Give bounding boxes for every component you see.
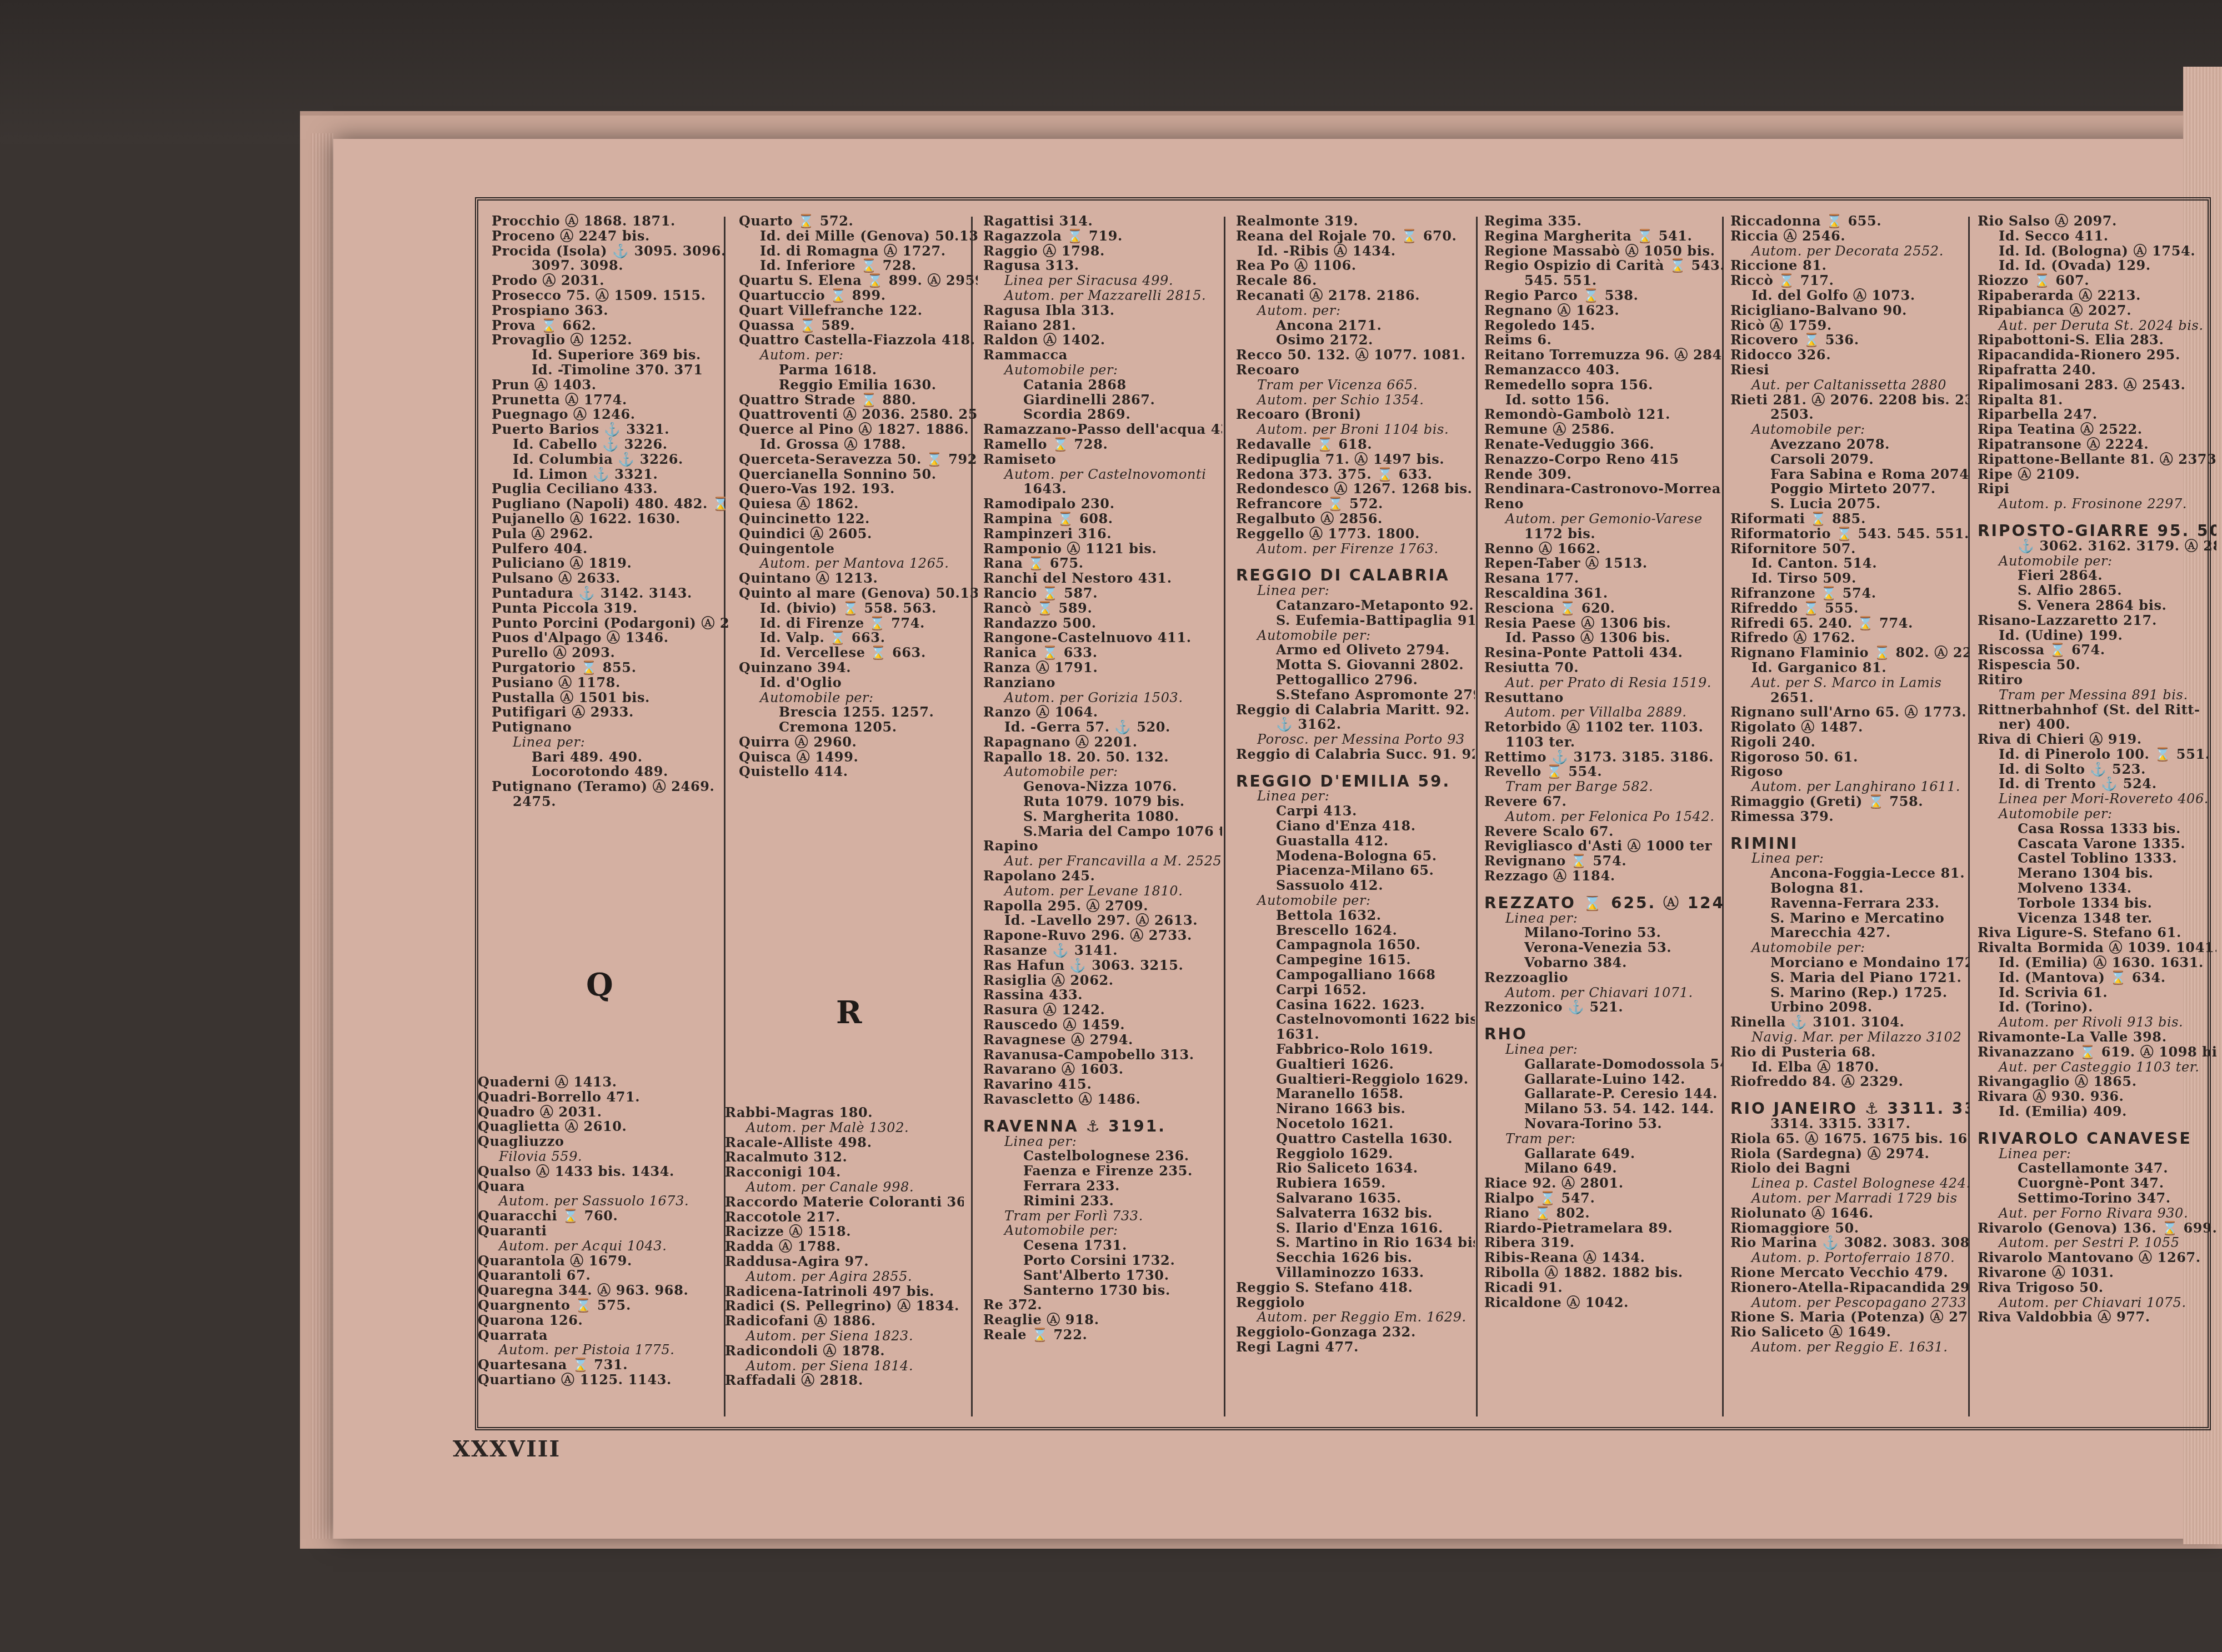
- index-entry: Rubiera 1659.: [1236, 1176, 1475, 1191]
- index-entry: Brescia 1255. 1257.: [739, 705, 978, 720]
- index-entry: Riva di Chieri Ⓐ 919.: [1978, 732, 2216, 747]
- index-entry: Autom. per Marradi 1729 bis: [1730, 1191, 1969, 1206]
- index-entry: Recoaro: [1236, 363, 1475, 378]
- index-entry: Pustalla Ⓐ 1501 bis.: [492, 690, 730, 705]
- index-entry: Gallarate 649.: [1484, 1147, 1723, 1162]
- index-entry: Prun Ⓐ 1403.: [492, 378, 730, 393]
- index-entry: Regio Ospizio di Carità ⌛ 543.: [1484, 258, 1723, 273]
- index-entry: Ripalta 81.: [1978, 393, 2216, 408]
- index-entry: Linea per:: [1484, 1042, 1723, 1057]
- index-entry: S. Lucia 2075.: [1730, 497, 1969, 512]
- index-entry: Catania 2868: [983, 378, 1222, 393]
- index-entry: Reggio di Calabria Succ. 91. 92: [1236, 747, 1475, 762]
- index-entry: Quattro Strade ⌛ 880.: [739, 393, 978, 408]
- index-entry: Renno Ⓐ 1662.: [1484, 542, 1723, 557]
- index-entry: Autom. per Reggio E. 1631.: [1730, 1340, 1969, 1355]
- index-entry: Puegnago Ⓐ 1246.: [492, 407, 730, 422]
- index-entry: Rionero-Atella-Ripacandida 295.: [1730, 1280, 1969, 1295]
- index-entry: Settimo-Torino 347.: [1978, 1191, 2216, 1206]
- index-entry: Autom. per Mazzarelli 2815.: [983, 288, 1222, 303]
- index-entry: Rezzoaglio: [1484, 970, 1723, 985]
- index-entry: Tram per Messina 891 bis.: [1978, 688, 2216, 703]
- index-entry: Salvarano 1635.: [1236, 1191, 1475, 1206]
- index-entry: Reims 6.: [1484, 333, 1723, 348]
- index-entry: 1631.: [1236, 1027, 1475, 1042]
- index-entry: Ripattone-Bellante 81. Ⓐ 2373.: [1978, 452, 2216, 467]
- index-entry: Putifigari Ⓐ 2933.: [492, 705, 730, 720]
- index-entry: Riccadonna ⌛ 655.: [1730, 214, 1969, 229]
- index-entry: Fara Sabina e Roma 2074.: [1730, 467, 1969, 482]
- index-entry: Remanzacco 403.: [1484, 363, 1723, 378]
- index-heading: RIVAROLO CANAVESE: [1978, 1132, 2216, 1147]
- index-entry: Risano-Lazzaretto 217.: [1978, 613, 2216, 628]
- index-entry: Rio Saliceto 1634.: [1236, 1161, 1475, 1176]
- index-entry: Id. -Gerra 57. ⚓ 520.: [983, 720, 1222, 735]
- index-entry: Quadro Ⓐ 2031.: [478, 1105, 717, 1120]
- index-entry: Bettola 1632.: [1236, 908, 1475, 923]
- index-entry: Rauscedo Ⓐ 1459.: [983, 1018, 1222, 1033]
- index-entry: Automobile per:: [739, 690, 978, 705]
- index-entry: Ranziano: [983, 675, 1222, 690]
- index-entry: Rignano sull'Arno 65. Ⓐ 1773.: [1730, 705, 1969, 720]
- index-entry: Molveno 1334.: [1978, 881, 2216, 896]
- index-entry: Pujanello Ⓐ 1622. 1630.: [492, 512, 730, 527]
- index-entry: Puglia Ceciliano 433.: [492, 482, 730, 497]
- index-entry: Resina-Ponte Pattoli 434.: [1484, 645, 1723, 660]
- index-entry: Rea Po Ⓐ 1106.: [1236, 258, 1475, 273]
- index-entry: Rivara Ⓐ 930. 936.: [1978, 1089, 2216, 1104]
- index-entry: Rispescia 50.: [1978, 658, 2216, 673]
- index-entry: Campegine 1615.: [1236, 953, 1475, 968]
- book-page-edge: [311, 133, 333, 1539]
- index-entry: Riccione 81.: [1730, 258, 1969, 273]
- index-entry: Id. Canton. 514.: [1730, 556, 1969, 571]
- index-entry: Id. di Pinerolo 100. ⌛ 551.: [1978, 747, 2216, 762]
- index-entry: Rio Salso Ⓐ 2097.: [1978, 214, 2216, 229]
- index-entry: Remedello sopra 156.: [1484, 378, 1723, 393]
- index-entry: Renate-Veduggio 366.: [1484, 437, 1723, 452]
- index-entry: Rigoli 240.: [1730, 735, 1969, 750]
- page-number: XXXVIII: [453, 1436, 560, 1462]
- index-entry: Linea per:: [1978, 1147, 2216, 1162]
- index-entry: Ramello ⌛ 728.: [983, 437, 1222, 452]
- index-entry: Puntadura ⚓ 3142. 3143.: [492, 586, 730, 601]
- index-entry: Purello Ⓐ 2093.: [492, 645, 730, 660]
- index-entry: 1103 ter.: [1484, 735, 1723, 750]
- index-heading: REGGIO DI CALABRIA: [1236, 568, 1475, 583]
- index-column-2: Quarto ⌛ 572.Id. dei Mille (Genova) 50.1…: [739, 214, 978, 779]
- index-entry: Riva Trigoso 50.: [1978, 1280, 2216, 1295]
- index-entry: Rinella ⚓ 3101. 3104.: [1730, 1015, 1969, 1030]
- index-entry: Autom. per Decorata 2552.: [1730, 244, 1969, 259]
- index-entry: Quingentole: [739, 542, 978, 557]
- index-entry: Ripi: [1978, 482, 2216, 497]
- index-entry: Milano-Torino 53.: [1484, 925, 1723, 940]
- index-entry: Quarrata: [478, 1328, 717, 1343]
- index-entry: Ripabianca Ⓐ 2027.: [1978, 303, 2216, 318]
- index-entry: Pulsano Ⓐ 2633.: [492, 571, 730, 586]
- index-entry: Aut. per Deruta St. 2024 bis.: [1978, 318, 2216, 333]
- index-entry: Redondesco Ⓐ 1267. 1268 bis.: [1236, 482, 1475, 497]
- index-entry: Novara-Torino 53.: [1484, 1117, 1723, 1132]
- index-entry: Recale 86.: [1236, 273, 1475, 288]
- index-entry: Rapolano 245.: [983, 869, 1222, 884]
- index-entry: Autom. per:: [1236, 303, 1475, 318]
- index-entry: Castelbolognese 236.: [983, 1149, 1222, 1164]
- index-entry: Autom. per Pistoia 1775.: [478, 1343, 717, 1358]
- index-column-4: Realmonte 319.Reana del Rojale 70. ⌛ 670…: [1236, 214, 1475, 1355]
- index-entry: Radicena-Iatrinoli 497 bis.: [725, 1284, 964, 1299]
- index-entry: Merano 1304 bis.: [1978, 866, 2216, 881]
- index-entry: Racalmuto 312.: [725, 1150, 964, 1165]
- index-entry: Rendinara-Castronovo-Morrea 275.: [1484, 482, 1723, 497]
- index-entry: Quattro Castella 1630.: [1236, 1132, 1475, 1147]
- index-entry: 2475.: [492, 794, 730, 809]
- index-entry: Ripalimosani 283. Ⓐ 2543.: [1978, 378, 2216, 393]
- index-entry: Riace 92. Ⓐ 2801.: [1484, 1176, 1723, 1191]
- index-entry: Id. Elba Ⓐ 1870.: [1730, 1060, 1969, 1075]
- index-entry: Repen-Taber Ⓐ 1513.: [1484, 556, 1723, 571]
- index-entry: Autom. per Villalba 2889.: [1484, 705, 1723, 720]
- index-entry: Retorbido Ⓐ 1102 ter. 1103.: [1484, 720, 1723, 735]
- index-entry: Riomaggiore 50.: [1730, 1221, 1969, 1236]
- index-entry: Raldon Ⓐ 1402.: [983, 333, 1222, 348]
- index-entry: Automobile per:: [1236, 893, 1475, 908]
- index-entry: Id. Id. (Ovada) 129.: [1978, 258, 2216, 273]
- index-entry: Quaracchi ⌛ 760.: [478, 1209, 717, 1224]
- index-entry: Aut. per Francavilla a M. 2525: [983, 854, 1222, 869]
- index-entry: Ragusa Ibla 313.: [983, 303, 1222, 318]
- index-entry: Ranica ⌛ 633.: [983, 645, 1222, 660]
- index-entry: Automobile per:: [983, 363, 1222, 378]
- index-entry: Nocetolo 1621.: [1236, 1117, 1475, 1132]
- index-entry: Reitano Torremuzza 96. Ⓐ 2842: [1484, 348, 1723, 363]
- index-entry: Catanzaro-Metaponto 92.: [1236, 598, 1475, 613]
- index-entry: Ras Hafun ⚓ 3063. 3215.: [983, 958, 1222, 973]
- index-entry: Rasanze ⚓ 3141.: [983, 943, 1222, 958]
- index-entry: Autom. per Felonica Po 1542.: [1484, 809, 1723, 824]
- index-entry: Riccia Ⓐ 2546.: [1730, 229, 1969, 244]
- index-entry: Riccò ⌛ 717.: [1730, 273, 1969, 288]
- index-entry: Salvaterra 1632 bis.: [1236, 1206, 1475, 1221]
- index-entry: Ragattisi 314.: [983, 214, 1222, 229]
- index-entry: Rigoroso 50. 61.: [1730, 750, 1969, 765]
- index-entry: Quartesana ⌛ 731.: [478, 1358, 717, 1373]
- index-entry: Ramodipalo 230.: [983, 497, 1222, 512]
- index-entry: Id. (Torino).: [1978, 1000, 2216, 1015]
- index-entry: Regione Massabò Ⓐ 1050 bis.: [1484, 244, 1723, 259]
- index-entry: Puerto Barios ⚓ 3321.: [492, 422, 730, 437]
- index-entry: Autom. per Reggio Em. 1629.: [1236, 1310, 1475, 1325]
- index-entry: Ranchi del Nestoro 431.: [983, 571, 1222, 586]
- index-entry: Id. sotto 156.: [1484, 393, 1723, 408]
- index-entry: Marecchia 427.: [1730, 925, 1969, 940]
- index-entry: Quartu S. Elena ⌛ 899. Ⓐ 2959.: [739, 273, 978, 288]
- index-entry: Sassuolo 412.: [1236, 878, 1475, 893]
- index-entry: Rione S. Maria (Potenza) Ⓐ 2710.: [1730, 1310, 1969, 1325]
- index-entry: Gallarate-P. Ceresio 144.: [1484, 1087, 1723, 1102]
- index-entry: Rezzago Ⓐ 1184.: [1484, 869, 1723, 884]
- index-entry: Purgatorio ⌛ 855.: [492, 660, 730, 675]
- index-entry: Ferrara 233.: [983, 1179, 1222, 1194]
- index-entry: Fabbrico-Rolo 1619.: [1236, 1042, 1475, 1057]
- index-entry: Carpi 1652.: [1236, 983, 1475, 998]
- index-entry: Campogalliano 1668: [1236, 968, 1475, 983]
- index-entry: Pugliano (Napoli) 480. 482. ⌛ 860: [492, 497, 730, 512]
- index-entry: Quartiano Ⓐ 1125. 1143.: [478, 1373, 717, 1388]
- index-entry: Rassina 433.: [983, 988, 1222, 1003]
- index-entry: Rapino: [983, 839, 1222, 854]
- index-entry: Castel Toblino 1333.: [1978, 851, 2216, 866]
- index-entry: Riolunato Ⓐ 1646.: [1730, 1206, 1969, 1221]
- index-heading: RAVENNA ⚓ 3191.: [983, 1119, 1222, 1134]
- index-entry: Tram per Vicenza 665.: [1236, 378, 1475, 393]
- index-entry: Linea p. Castel Bolognese 424.: [1730, 1176, 1969, 1191]
- index-entry: Id. Vercellese ⌛ 663.: [739, 645, 978, 660]
- index-entry: Motta S. Giovanni 2802.: [1236, 658, 1475, 673]
- index-entry: Regima 335.: [1484, 214, 1723, 229]
- index-entry: Riparbella 247.: [1978, 407, 2216, 422]
- index-entry: Prosecco 75. Ⓐ 1509. 1515.: [492, 288, 730, 303]
- index-entry: Morciano e Mondaino 1720.: [1730, 955, 1969, 970]
- index-entry: Rampina ⌛ 608.: [983, 512, 1222, 527]
- index-entry: Rapone-Ruvo 296. Ⓐ 2733.: [983, 928, 1222, 943]
- index-entry: Quadri-Borrello 471.: [478, 1090, 717, 1105]
- index-entry: Regina Margherita ⌛ 541.: [1484, 229, 1723, 244]
- index-heading: RIMINI: [1730, 837, 1969, 852]
- index-entry: Ripafratta 240.: [1978, 363, 2216, 378]
- index-entry: Quassa ⌛ 589.: [739, 318, 978, 333]
- index-entry: Riva Valdobbia Ⓐ 977.: [1978, 1310, 2216, 1325]
- index-entry: Faenza e Firenze 235.: [983, 1164, 1222, 1179]
- index-entry: Rio Marina ⚓ 3082. 3083. 3085.: [1730, 1235, 1969, 1250]
- index-entry: Quaderni Ⓐ 1413.: [478, 1075, 717, 1090]
- index-entry: Realmonte 319.: [1236, 214, 1475, 229]
- index-entry: Procida (Isola) ⚓ 3095. 3096.: [492, 244, 730, 259]
- index-entry: S. Venera 2864 bis.: [1978, 598, 2216, 613]
- index-entry: Proceno Ⓐ 2247 bis.: [492, 229, 730, 244]
- index-entry: Automobile per:: [983, 764, 1222, 779]
- index-entry: Reggello Ⓐ 1773. 1800.: [1236, 527, 1475, 542]
- index-entry: Quincinetto 122.: [739, 512, 978, 527]
- index-entry: ner) 400.: [1978, 717, 2216, 732]
- index-heading: REZZATO ⌛ 625. Ⓐ 1248.: [1484, 896, 1723, 911]
- index-entry: Rifornitore 507.: [1730, 542, 1969, 557]
- index-entry: Id. (bivio) ⌛ 558. 563.: [739, 601, 978, 616]
- index-entry: Vobarno 384.: [1484, 955, 1723, 970]
- index-entry: Osimo 2172.: [1236, 333, 1475, 348]
- index-entry: Riardo-Pietramelara 89.: [1484, 1221, 1723, 1236]
- index-entry: Provaglio Ⓐ 1252.: [492, 333, 730, 348]
- index-entry: Ricigliano-Balvano 90.: [1730, 303, 1969, 318]
- index-entry: Raddusa-Agira 97.: [725, 1254, 964, 1269]
- index-entry: Revignano ⌛ 574.: [1484, 854, 1723, 869]
- index-entry: Rapagnano Ⓐ 2201.: [983, 735, 1222, 750]
- index-entry: Rigoso: [1730, 764, 1969, 779]
- index-entry: Torbole 1334 bis.: [1978, 896, 2216, 911]
- index-entry: Ancona 2171.: [1236, 318, 1475, 333]
- index-entry: Autom. per Chiavari 1075.: [1978, 1295, 2216, 1310]
- index-entry: Autom. per Langhirano 1611.: [1730, 779, 1969, 794]
- index-entry: 2651.: [1730, 690, 1969, 705]
- index-entry: Procchio Ⓐ 1868. 1871.: [492, 214, 730, 229]
- index-entry: Parma 1618.: [739, 363, 978, 378]
- index-entry: Rivangaglio Ⓐ 1865.: [1978, 1074, 2216, 1089]
- index-entry: Redipuglia 71. Ⓐ 1497 bis.: [1236, 452, 1475, 467]
- index-column-6: Riccadonna ⌛ 655.Riccia Ⓐ 2546.Autom. pe…: [1730, 214, 1969, 1355]
- index-entry: Autom. per Pescopagano 2733: [1730, 1295, 1969, 1310]
- index-entry: Regalbuto Ⓐ 2856.: [1236, 512, 1475, 527]
- index-entry: Querceta-Seravezza 50. ⌛ 792.: [739, 452, 978, 467]
- index-entry: Id. Garganico 81.: [1730, 660, 1969, 675]
- index-entry: Quinzano 394.: [739, 660, 978, 675]
- index-entry: Rifredo Ⓐ 1762.: [1730, 630, 1969, 645]
- index-entry: Ricò Ⓐ 1759.: [1730, 318, 1969, 333]
- index-entry: Id. Superiore 369 bis.: [492, 348, 730, 363]
- index-entry: Tram per Forlì 733.: [983, 1209, 1222, 1224]
- index-entry: Revello ⌛ 554.: [1484, 764, 1723, 779]
- index-heading: RIO JANEIRO ⚓ 3311. 3312.: [1730, 1102, 1969, 1117]
- index-entry: Rende 309.: [1484, 467, 1723, 482]
- index-entry: Autom. per Siena 1823.: [725, 1329, 964, 1344]
- index-entry: S. Margherita 1080.: [983, 809, 1222, 824]
- index-entry: Tram per Barge 582.: [1484, 779, 1723, 794]
- index-entry: Porto Corsini 1732.: [983, 1253, 1222, 1268]
- index-entry: Autom. per Mantova 1265.: [739, 556, 978, 571]
- index-entry: Prunetta Ⓐ 1774.: [492, 393, 730, 408]
- index-entry: Resciona ⌛ 620.: [1484, 601, 1723, 616]
- index-entry: Ancona-Foggia-Lecce 81.: [1730, 866, 1969, 881]
- index-entry: Automobile per:: [1978, 807, 2216, 822]
- index-entry: 3314. 3315. 3317.: [1730, 1117, 1969, 1132]
- index-entry: Brescello 1624.: [1236, 923, 1475, 938]
- index-entry: Revere Scalo 67.: [1484, 824, 1723, 839]
- index-entry: Quirra Ⓐ 2960.: [739, 735, 978, 750]
- index-entry: Rigolato Ⓐ 1487.: [1730, 720, 1969, 735]
- index-entry: S. Martino in Rio 1634 bis.: [1236, 1235, 1475, 1250]
- index-entry: Linea per:: [492, 735, 730, 750]
- index-entry: Id. Scrivia 61.: [1978, 985, 2216, 1000]
- index-entry: Aut. per Prato di Resia 1519.: [1484, 675, 1723, 690]
- index-entry: Ripaberarda Ⓐ 2213.: [1978, 288, 2216, 303]
- index-entry: Guastalla 412.: [1236, 834, 1475, 849]
- index-entry: Qualso Ⓐ 1433 bis. 1434.: [478, 1164, 717, 1179]
- index-entry: Cuorgnè-Pont 347.: [1978, 1176, 2216, 1191]
- index-entry: Cremona 1205.: [739, 720, 978, 735]
- index-entry: Milano 53. 54. 142. 144.: [1484, 1102, 1723, 1117]
- index-entry: Reana del Rojale 70. ⌛ 670.: [1236, 229, 1475, 244]
- index-entry: Rimaggio (Greti) ⌛ 758.: [1730, 794, 1969, 809]
- index-entry: Ravenna-Ferrara 233.: [1730, 896, 1969, 911]
- section-letter-r: R: [836, 994, 862, 1031]
- column-divider: [1224, 217, 1225, 1416]
- index-entry: Id. Valp. ⌛ 663.: [739, 630, 978, 645]
- index-entry: Riano ⌛ 802.: [1484, 1206, 1723, 1221]
- index-entry: Rasura Ⓐ 1242.: [983, 1003, 1222, 1018]
- index-entry: Villaminozzo 1633.: [1236, 1265, 1475, 1280]
- index-entry: Fieri 2864.: [1978, 568, 2216, 583]
- index-entry: S.Stefano Aspromonte 2795.: [1236, 688, 1475, 703]
- index-entry: Cascata Varone 1335.: [1978, 837, 2216, 852]
- index-entry: Filovia 559.: [478, 1149, 717, 1164]
- index-entry: Reggiolo 1629.: [1236, 1147, 1475, 1162]
- index-entry: Id. (Emilia) Ⓐ 1630. 1631.: [1978, 955, 2216, 970]
- index-entry: Gualtieri 1626.: [1236, 1057, 1475, 1072]
- index-entry: Punta Piccola 319.: [492, 601, 730, 616]
- index-entry: Casina 1622. 1623.: [1236, 998, 1475, 1013]
- index-entry: Id. Secco 411.: [1978, 229, 2216, 244]
- index-entry: Ramazzano-Passo dell'acqua 434.: [983, 422, 1222, 437]
- index-entry: Resuttano: [1484, 690, 1723, 705]
- index-entry: Quaregna 344. Ⓐ 963. 968.: [478, 1283, 717, 1298]
- index-entry: Quindici Ⓐ 2605.: [739, 527, 978, 542]
- index-entry: Reggiolo-Gonzaga 232.: [1236, 1325, 1475, 1340]
- index-entry: Id. (Mantova) ⌛ 634.: [1978, 970, 2216, 985]
- index-entry: Quaglietta Ⓐ 2610.: [478, 1119, 717, 1134]
- index-entry: Id. (Emilia) 409.: [1978, 1104, 2216, 1119]
- index-entry: Quaranti: [478, 1224, 717, 1239]
- index-entry: Racale-Alliste 498.: [725, 1135, 964, 1150]
- index-entry: Campagnola 1650.: [1236, 938, 1475, 953]
- index-entry: S. Marino e Mercatino: [1730, 911, 1969, 926]
- index-entry: Reggiolo: [1236, 1295, 1475, 1310]
- index-entry: Ragusa 313.: [983, 258, 1222, 273]
- index-entry: Autom. per Malè 1302.: [725, 1120, 964, 1135]
- index-entry: Revere 67.: [1484, 794, 1723, 809]
- index-entry: Maranello 1658.: [1236, 1087, 1475, 1102]
- index-entry: Quisca Ⓐ 1499.: [739, 750, 978, 765]
- index-entry: Autom. per Schio 1354.: [1236, 393, 1475, 408]
- index-entry: Linea per:: [983, 1134, 1222, 1149]
- index-entry: Riola (Sardegna) Ⓐ 2974.: [1730, 1147, 1969, 1162]
- index-entry: Riformatorio ⌛ 543. 545. 551.: [1730, 527, 1969, 542]
- index-entry: S. Ilario d'Enza 1616.: [1236, 1221, 1475, 1236]
- index-entry: Ribera 319.: [1484, 1235, 1723, 1250]
- index-entry: Ripacandida-Rionero 295.: [1978, 348, 2216, 363]
- index-entry: Rivamonte-La Valle 398.: [1978, 1030, 2216, 1045]
- index-entry: Reale ⌛ 722.: [983, 1328, 1222, 1343]
- index-entry: Navig. Mar. per Milazzo 3102: [1730, 1030, 1969, 1045]
- index-entry: Quiesa Ⓐ 1862.: [739, 497, 978, 512]
- index-entry: Id. Inferiore ⌛ 728.: [739, 258, 978, 273]
- index-entry: Id. Columbia ⚓ 3226.: [492, 452, 730, 467]
- index-entry: Redona 373. 375. ⌛ 633.: [1236, 467, 1475, 482]
- index-entry: Recoaro (Broni): [1236, 407, 1475, 422]
- index-entry: Quarantoli 67.: [478, 1268, 717, 1283]
- index-entry: Ravarino 415.: [983, 1077, 1222, 1092]
- index-entry: 545. 551.: [1484, 273, 1723, 288]
- index-entry: Autom. per Siena 1814.: [725, 1359, 964, 1374]
- index-entry: Gallarate-Luino 142.: [1484, 1072, 1723, 1087]
- index-entry: Quartuccio ⌛ 899.: [739, 288, 978, 303]
- index-entry: Prova ⌛ 662.: [492, 318, 730, 333]
- index-entry: Pulfero 404.: [492, 542, 730, 557]
- index-entry: Id. Cabello ⚓ 3226.: [492, 437, 730, 452]
- index-entry: Ribis-Reana Ⓐ 1434.: [1484, 1250, 1723, 1265]
- index-entry: Ravanusa-Campobello 313.: [983, 1048, 1222, 1063]
- index-entry: Puos d'Alpago Ⓐ 1346.: [492, 630, 730, 645]
- index-column-1-q-section: Quaderni Ⓐ 1413.Quadri-Borrello 471.Quad…: [478, 1075, 717, 1388]
- index-entry: Autom. per Canale 998.: [725, 1180, 964, 1195]
- index-entry: Regi Lagni 477.: [1236, 1340, 1475, 1355]
- index-entry: Putignano (Teramo) Ⓐ 2469.: [492, 779, 730, 794]
- index-entry: 1172 bis.: [1484, 527, 1723, 542]
- index-entry: S. Maria del Piano 1721.: [1730, 970, 1969, 985]
- index-entry: Autom. per Sassuolo 1673.: [478, 1194, 717, 1209]
- index-entry: Ripa Teatina Ⓐ 2522.: [1978, 422, 2216, 437]
- index-entry: Rapallo 18. 20. 50. 132.: [983, 750, 1222, 765]
- index-entry: Id. Tirso 509.: [1730, 571, 1969, 586]
